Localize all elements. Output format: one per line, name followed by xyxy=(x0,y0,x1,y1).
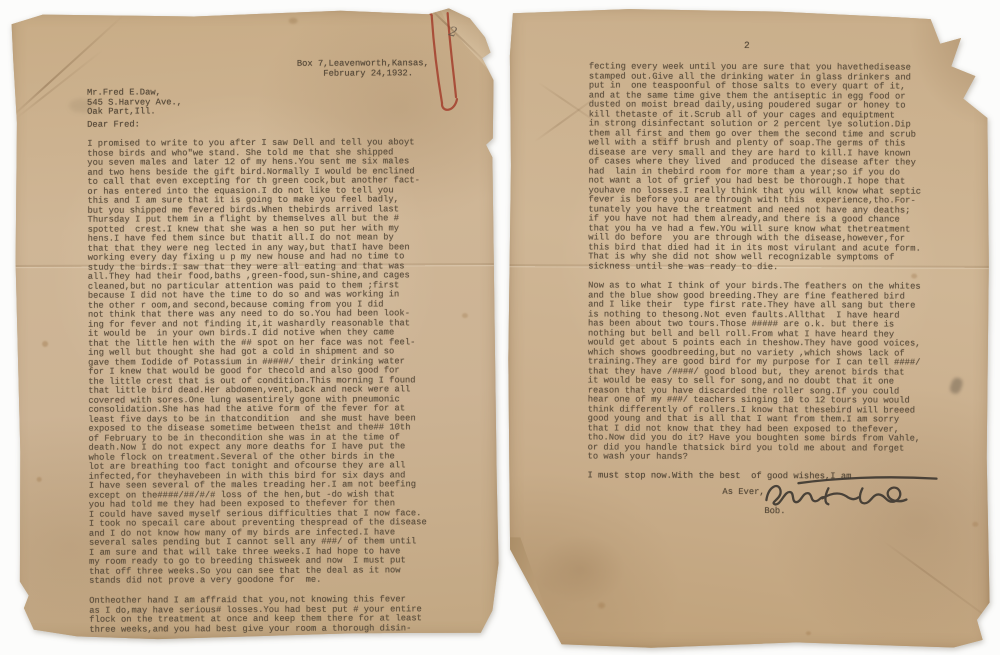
stain xyxy=(911,274,917,279)
body-paragraph: Ontheother hand I am affraid that you,no… xyxy=(89,595,422,634)
handwritten-signature xyxy=(758,470,958,516)
letter-page-1: Box 7,Leavenworth,Kansas, February 24,19… xyxy=(10,8,498,640)
body-paragraph: I promised to write to you after I saw D… xyxy=(87,138,427,586)
stain xyxy=(806,631,811,635)
stain xyxy=(972,522,978,527)
page-1-paper: Box 7,Leavenworth,Kansas, February 24,19… xyxy=(9,7,500,641)
return-address-and-date: Box 7,Leavenworth,Kansas, February 24,19… xyxy=(297,59,429,79)
body-paragraph: fecting every week until you are sure th… xyxy=(588,62,921,272)
letter-page-2: 2 fecting every week until you are sure … xyxy=(507,5,991,650)
body-paragraph: Now as to what I think of your birds.The… xyxy=(588,281,921,463)
page-number: 2 xyxy=(744,41,750,51)
red-pencil-mark xyxy=(414,7,485,122)
bottom-left-fold xyxy=(506,537,560,649)
recipient-address: Mr.Fred E.Daw, 545 S.Harvey Ave., Oak Pa… xyxy=(87,88,182,117)
letter-photo: Box 7,Leavenworth,Kansas, February 24,19… xyxy=(0,0,1000,655)
stain xyxy=(37,477,42,482)
stain xyxy=(289,18,298,24)
salutation: Dear Fred: xyxy=(87,120,140,130)
page-2-paper: 2 fecting every week until you are sure … xyxy=(506,4,992,651)
water-stain xyxy=(536,534,626,604)
stain xyxy=(598,602,605,608)
stain xyxy=(462,313,468,318)
fold-crease xyxy=(882,540,992,642)
ink-smudge xyxy=(948,376,964,395)
stain xyxy=(42,341,48,347)
